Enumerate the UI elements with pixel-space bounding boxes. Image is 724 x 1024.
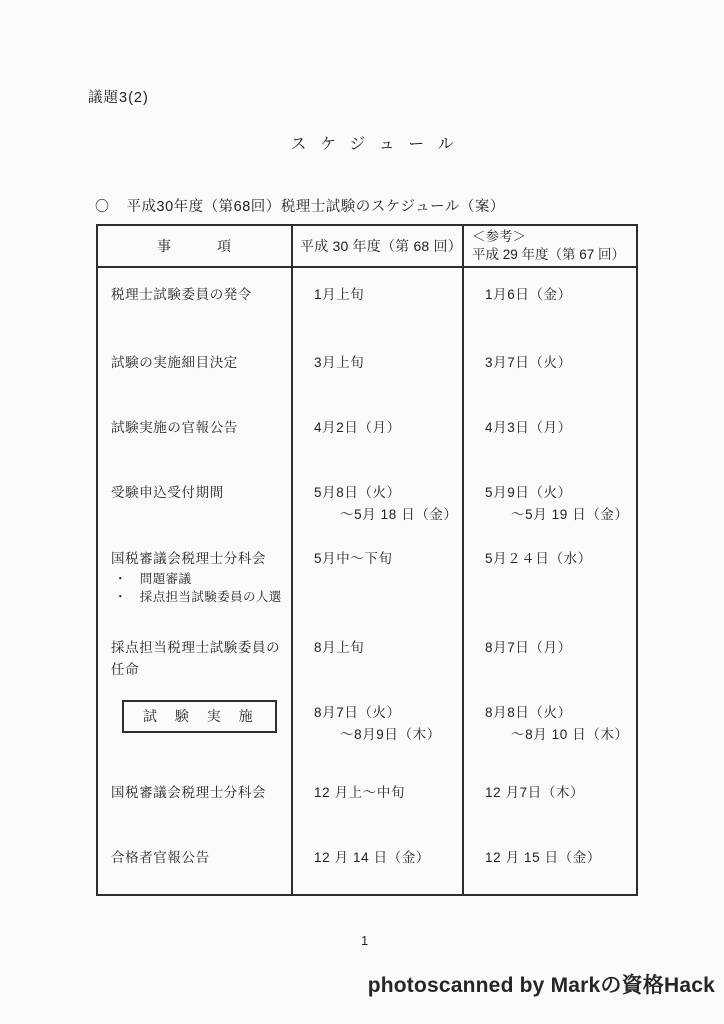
row-date-h30: 1月上旬 xyxy=(293,284,462,306)
page-number: 1 xyxy=(361,933,368,948)
row-item: 採点担当税理士試験委員の 任命 xyxy=(98,637,291,680)
header-h29: ＜参考＞ 平成 29 年度（第 67 回） xyxy=(464,226,636,266)
row-date-h29: 5月２４日（水） xyxy=(464,548,636,570)
row-item: 受験申込受付期間 xyxy=(98,482,291,504)
row-date-h29: 5月9日（火） ～5月 19 日（金） xyxy=(464,482,636,525)
page-title: スケジュール xyxy=(0,131,724,154)
row-item-bullet: ・ 採点担当試験委員の人選 xyxy=(111,588,291,607)
row-date-h30: 8月上旬 xyxy=(293,637,462,659)
circle-bullet-icon: 〇 xyxy=(95,196,110,216)
table-header-row: 事 項 平成 30 年度（第 68 回） ＜参考＞ 平成 29 年度（第 67 … xyxy=(98,226,636,268)
row-date-h29: 8月7日（月） xyxy=(464,637,636,659)
row-date-h30: 3月上旬 xyxy=(293,352,462,374)
row-item-bullet: ・ 問題審議 xyxy=(111,570,291,589)
table-caption-text: 平成30年度（第68回）税理士試験のスケジュール（案） xyxy=(127,195,505,216)
row-date-h30: 5月8日（火） ～5月 18 日（金） xyxy=(293,482,462,525)
schedule-table: 事 項 平成 30 年度（第 68 回） ＜参考＞ 平成 29 年度（第 67 … xyxy=(96,224,638,896)
row-date-h29: 4月3日（月） xyxy=(464,417,636,439)
header-h29-label: 平成 29 年度（第 67 回） xyxy=(472,246,636,264)
row-date-h30: 5月中～下旬 xyxy=(293,548,462,570)
row-date-h29: 12 月7日（木） xyxy=(464,782,636,804)
scanned-document-page: 議題3(2) スケジュール 〇 平成30年度（第68回）税理士試験のスケジュール… xyxy=(0,0,724,1024)
row-date-h29: 8月8日（火） ～8月 10 日（木） xyxy=(464,702,636,745)
row-item: 合格者官報公告 xyxy=(98,847,291,869)
column-items: 税理士試験委員の発令 試験の実施細目決定 試験実施の官報公告 受験申込受付期間 … xyxy=(98,268,293,894)
header-h30: 平成 30 年度（第 68 回） xyxy=(293,226,464,266)
table-caption: 〇 平成30年度（第68回）税理士試験のスケジュール（案） xyxy=(95,195,505,216)
row-item: 試験の実施細目決定 xyxy=(98,352,291,374)
row-item: 試 験 実 施 xyxy=(98,700,291,733)
row-date-h30: 12 月上～中旬 xyxy=(293,782,462,804)
row-date-h30: 8月7日（火） ～8月9日（木） xyxy=(293,702,462,745)
table-body: 税理士試験委員の発令 試験の実施細目決定 試験実施の官報公告 受験申込受付期間 … xyxy=(98,268,636,894)
row-date-h29: 3月7日（火） xyxy=(464,352,636,374)
exam-implementation-box: 試 験 実 施 xyxy=(122,700,277,733)
header-h29-note: ＜参考＞ xyxy=(472,228,636,246)
column-h30-dates: 1月上旬 3月上旬 4月2日（月） 5月8日（火） ～5月 18 日（金） 5月… xyxy=(293,268,464,894)
row-item: 国税審議会税理士分科会 xyxy=(98,782,291,804)
row-date-h29: 12 月 15 日（金） xyxy=(464,847,636,869)
row-date-h30: 4月2日（月） xyxy=(293,417,462,439)
row-item: 試験実施の官報公告 xyxy=(98,417,291,439)
column-h29-dates: 1月6日（金） 3月7日（火） 4月3日（月） 5月9日（火） ～5月 19 日… xyxy=(464,268,636,894)
row-date-h29: 1月6日（金） xyxy=(464,284,636,306)
row-item: 国税審議会税理士分科会 ・ 問題審議 ・ 採点担当試験委員の人選 xyxy=(98,548,291,607)
header-item: 事 項 xyxy=(98,226,293,266)
scan-watermark: photoscanned by Markの資格Hack xyxy=(368,969,715,999)
row-date-h30: 12 月 14 日（金） xyxy=(293,847,462,869)
row-item: 税理士試験委員の発令 xyxy=(98,284,291,306)
agenda-label: 議題3(2) xyxy=(88,86,149,107)
